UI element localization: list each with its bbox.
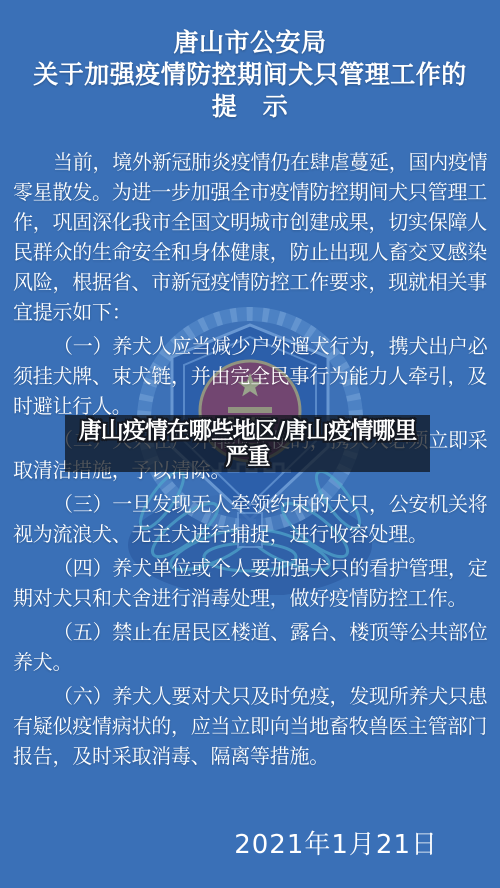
- body-line: 零星散发。为进一步加强全市疫情防控期间犬只管理工: [13, 177, 500, 207]
- body-line: 当前，境外新冠肺炎疫情仍在肆虐蔓延，国内疫情: [13, 147, 500, 177]
- body-line: 养犬。: [13, 647, 500, 677]
- body-line: 风险，根据省、市新冠疫情防控工作要求，现就相关事: [13, 267, 500, 297]
- paragraph-intro: 当前，境外新冠肺炎疫情仍在肆虐蔓延，国内疫情 零星散发。为进一步加强全市疫情防控…: [13, 147, 500, 327]
- header-subtitle: 提 示: [0, 91, 500, 123]
- body-line: （三）一旦发现无人牵领约束的犬只，公安机关将: [13, 489, 500, 519]
- body-line: （六）养犬人要对犬只及时免疫，发现所养犬只患: [13, 681, 500, 711]
- paragraph-item-6: （六）养犬人要对犬只及时免疫，发现所养犬只患 有疑似疫情病状的，应当立即向当地畜…: [13, 681, 500, 771]
- header-org-name: 唐山市公安局: [0, 27, 500, 59]
- document-header: 唐山市公安局 关于加强疫情防控期间犬只管理工作的 提 示: [0, 0, 500, 123]
- document-date: 2021年1月21日: [0, 829, 500, 861]
- body-line: 作，巩固深化我市全国文明城市创建成果，切实保障人: [13, 207, 500, 237]
- header-title-line: 关于加强疫情防控期间犬只管理工作的: [0, 59, 500, 91]
- announcement-page: 唐山市公安局 关于加强疫情防控期间犬只管理工作的 提 示 当前，境外新冠肺炎疫情…: [0, 0, 500, 888]
- paragraph-item-5: （五）禁止在居民区楼道、露台、楼顶等公共部位 养犬。: [13, 617, 500, 677]
- body-line: 期对犬只和犬舍进行消毒处理，做好疫情防控工作。: [13, 583, 500, 613]
- caption-line-1: 唐山疫情在哪些地区/唐山疫情哪里: [79, 418, 416, 444]
- paragraph-item-1: （一）养犬人应当减少户外遛犬行为，携犬出户必 须挂犬牌、束犬链，并由完全民事行为…: [13, 331, 500, 421]
- body-line: 视为流浪犬、无主犬进行捕捉，进行收容处理。: [13, 519, 500, 549]
- body-line: 有疑似疫情病状的，应当立即向当地畜牧兽医主管部门: [13, 711, 500, 741]
- body-line: （五）禁止在居民区楼道、露台、楼顶等公共部位: [13, 617, 500, 647]
- body-line: 宜提示如下：: [13, 297, 500, 327]
- caption-overlay-banner: 唐山疫情在哪些地区/唐山疫情哪里 严重: [65, 415, 430, 472]
- body-line: 报告，及时采取消毒、隔离等措施。: [13, 741, 500, 771]
- body-line: 须挂犬牌、束犬链，并由完全民事行为能力人牵引，及: [13, 361, 500, 391]
- body-line: （四）养犬单位或个人要加强犬只的看护管理，定: [13, 553, 500, 583]
- paragraph-item-3: （三）一旦发现无人牵领约束的犬只，公安机关将 视为流浪犬、无主犬进行捕捉，进行收…: [13, 489, 500, 549]
- paragraph-item-4: （四）养犬单位或个人要加强犬只的看护管理，定 期对犬只和犬舍进行消毒处理，做好疫…: [13, 553, 500, 613]
- body-line: （一）养犬人应当减少户外遛犬行为，携犬出户必: [13, 331, 500, 361]
- body-line: 民群众的生命安全和身体健康，防止出现人畜交叉感染: [13, 237, 500, 267]
- caption-line-2: 严重: [226, 444, 270, 470]
